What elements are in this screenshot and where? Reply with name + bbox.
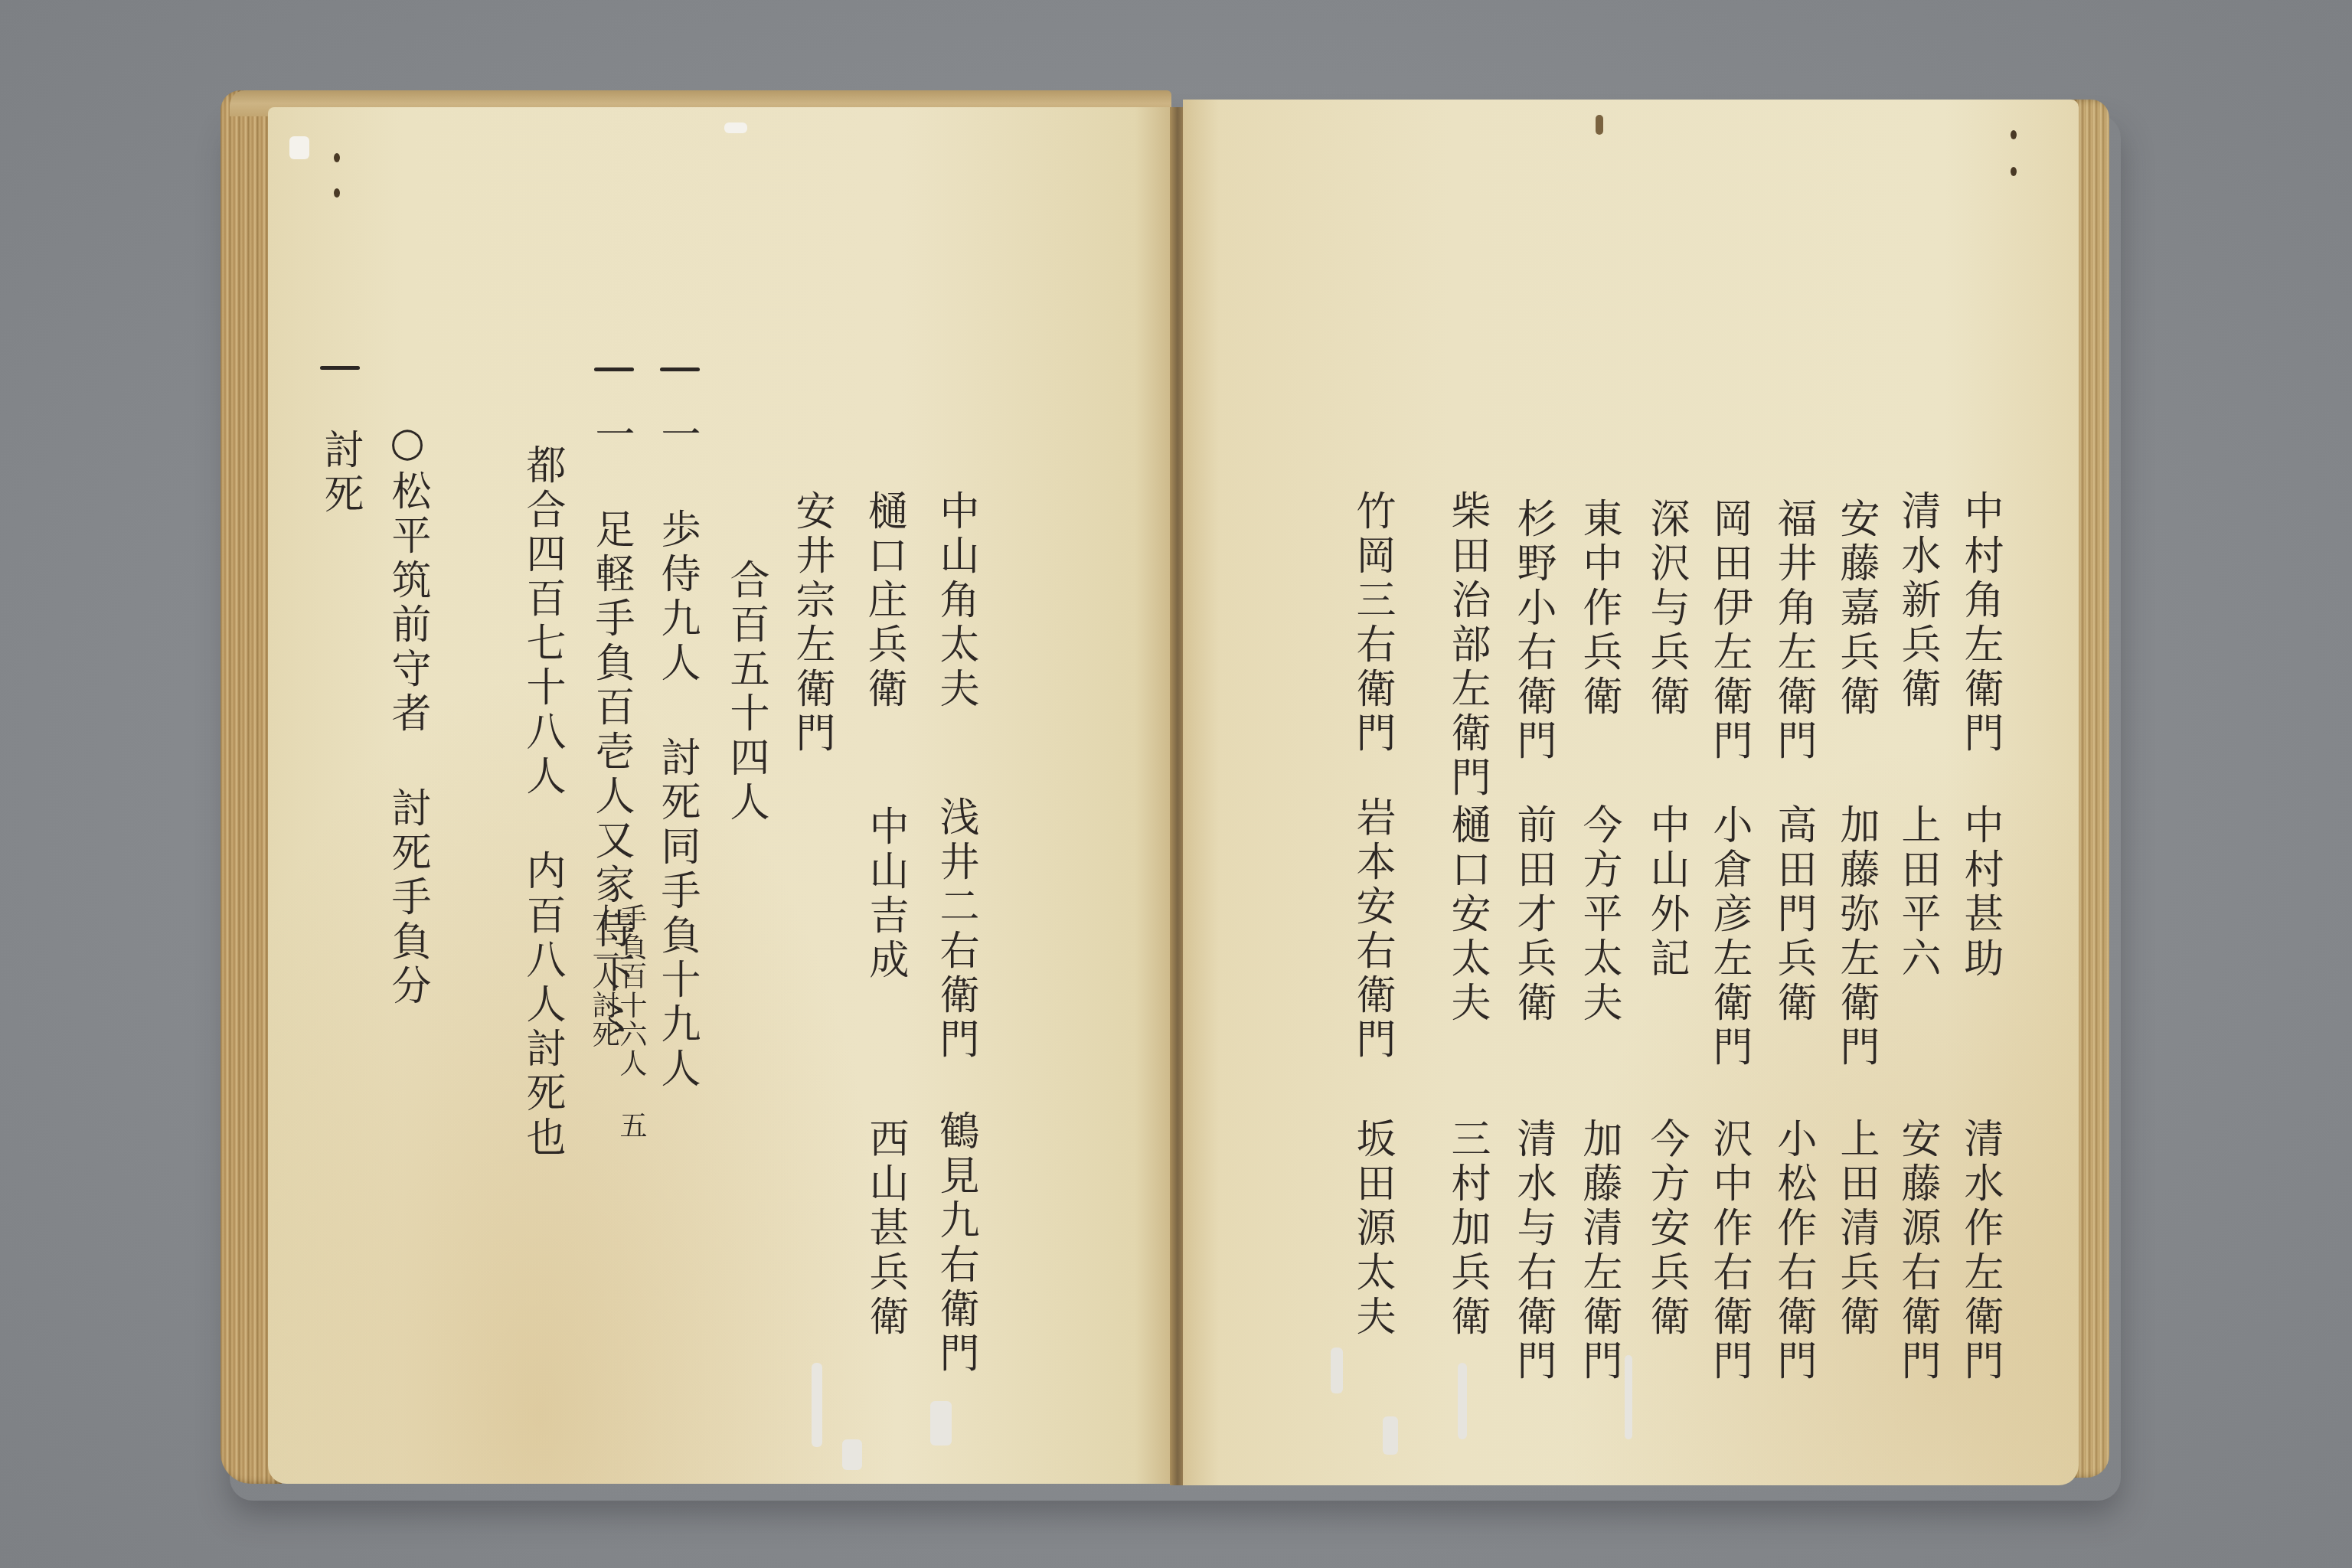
paper-tear: [724, 122, 747, 133]
name-column: 鶴見九右衛門: [936, 1110, 975, 1377]
name-column: 上田平六: [1897, 804, 1937, 982]
paper-damage: [1331, 1347, 1343, 1393]
binding-hole: [2011, 167, 2017, 176]
name-column: 安藤源右衛門: [1897, 1118, 1937, 1384]
name-column: 竹岡三右衛門: [1352, 490, 1392, 756]
name-column: 小倉彦左衛門: [1709, 804, 1749, 1070]
name-column: 岡田伊左衛門: [1709, 498, 1749, 764]
name-column: 安井宗左衛門: [792, 490, 831, 756]
name-column: 中山外記: [1646, 804, 1686, 982]
name-column: 福井角左衛門: [1773, 498, 1813, 764]
name-column: 上田清兵衛: [1836, 1118, 1876, 1340]
name-column: 今方平太夫: [1579, 804, 1619, 1026]
paper-damage: [1625, 1355, 1632, 1439]
name-column: 前田才兵衛: [1513, 804, 1553, 1026]
name-column: 中村甚助: [1960, 804, 2000, 982]
name-column: 高田門兵衛: [1773, 804, 1813, 1026]
name-column: 三村加兵衛: [1447, 1118, 1487, 1340]
paper-damage: [1458, 1363, 1467, 1439]
name-column: 加藤清左衛門: [1579, 1118, 1619, 1384]
text-column: 一 歩侍九人 討死同手負十九人: [657, 413, 697, 1092]
name-column: 杉野小右衛門: [1513, 498, 1553, 764]
name-column: 清水新兵衛: [1897, 490, 1937, 712]
text-column: 都合四百七十八人 内百八人討死也: [522, 444, 562, 1161]
item-mark-icon: [594, 367, 634, 371]
binding-hole: [334, 153, 340, 162]
paper-damage: [930, 1401, 952, 1445]
binding-hole: [2011, 130, 2017, 139]
name-column: 柴田治部左衛門: [1447, 490, 1487, 801]
name-column: 樋口庄兵衛: [864, 490, 903, 712]
name-column: 西山甚兵衛: [865, 1118, 905, 1340]
paper-damage: [842, 1439, 862, 1470]
name-column: 樋口安太夫: [1447, 804, 1487, 1026]
name-column: 清水与右衛門: [1513, 1118, 1553, 1384]
text-column: 合百五十四人: [726, 559, 766, 825]
name-column: 沢中作右衛門: [1709, 1118, 1749, 1384]
name-column: 中山吉成: [865, 805, 905, 983]
heading-column: 討死: [320, 429, 360, 518]
ink-spot: [1596, 115, 1603, 135]
name-column: 清水作左衛門: [1960, 1118, 2000, 1384]
paper-damage: [1383, 1416, 1398, 1455]
item-mark-icon: [320, 366, 360, 370]
name-column: 小松作右衛門: [1773, 1118, 1813, 1384]
item-mark-icon: [660, 367, 700, 371]
paper-tear: [289, 136, 309, 159]
name-column: 浅井二右衛門: [936, 796, 975, 1063]
name-column: 安藤嘉兵衛: [1836, 498, 1876, 720]
name-column: 坂田源太夫: [1352, 1118, 1392, 1340]
name-column: 深沢与兵衛: [1646, 498, 1686, 720]
name-column: 加藤弥左衛門: [1836, 804, 1876, 1070]
name-column: 中山角太夫: [936, 490, 975, 712]
binding-hole: [334, 188, 340, 198]
text-column: ○松平筑前守者 討死手負分: [387, 420, 427, 1009]
paper-damage: [812, 1363, 822, 1447]
name-column: 岩本安右衛門: [1352, 796, 1392, 1063]
right-page: [1183, 100, 2079, 1485]
open-manuscript: 討死 ○松平筑前守者 討死手負分 都合四百七十八人 内百八人討死也 一 足軽手負…: [0, 0, 2352, 1568]
name-column: 東中作兵衛: [1579, 498, 1619, 720]
annotation-column: 手負百十六人 五十二人討死: [590, 903, 645, 1148]
name-column: 中村角左衛門: [1960, 490, 2000, 756]
name-column: 今方安兵衛: [1646, 1118, 1686, 1340]
